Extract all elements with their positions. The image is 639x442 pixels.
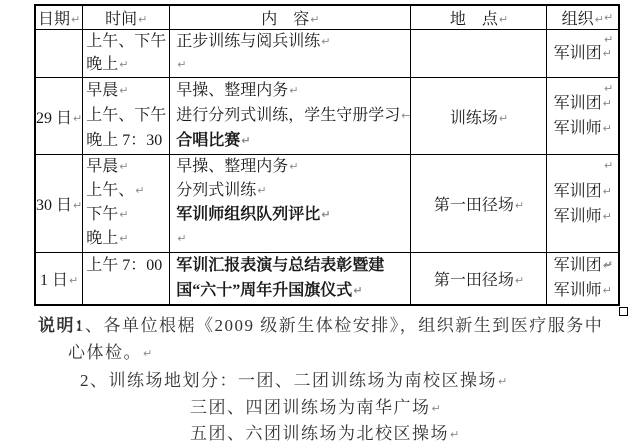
paragraph-mark-icon: ↵: [603, 97, 612, 110]
header-time: 时间↵: [83, 5, 170, 30]
content-cell: 早操、整理内务↵ 进行分列式训练，学生守册学习← 合唱比赛↵: [170, 78, 411, 155]
time-text: 早晨: [86, 82, 118, 99]
paragraph-mark-icon: ↵: [603, 210, 612, 223]
paragraph-mark-icon: ↵: [143, 347, 154, 360]
note-text: 心体检。: [68, 343, 142, 362]
date-cell: 1 日↵: [35, 253, 83, 305]
note-text: 五团、六团训练场为北校区操场: [190, 424, 449, 442]
org-text: 军训师: [554, 208, 602, 225]
time-cell: 早晨↵ 上午、↵ 下午↵ 晚上↵: [83, 155, 170, 253]
time-text: 晚上: [86, 230, 118, 247]
paragraph-mark-icon: ↵: [138, 13, 147, 26]
paragraph-mark-icon: ↵: [119, 160, 128, 173]
paragraph-mark-icon: ↵: [177, 58, 186, 71]
header-date-label: 日期: [38, 11, 70, 28]
paragraph-mark-icon: ↵: [515, 274, 524, 287]
paragraph-mark-icon: ↵: [135, 184, 144, 197]
table-row: 上午、下午 晚上↵ 正步训练与阅兵训练↵ ↵ 军训团↵: [35, 30, 619, 78]
paragraph-mark-icon: ↵: [177, 232, 186, 245]
paragraph-mark-icon: ↵: [310, 13, 319, 26]
note-text: 1、各单位根椐《2009 级新生体检安排》，组织新生到医疗服务中: [75, 316, 603, 335]
date-text: 30 日: [36, 197, 72, 214]
paragraph-mark-icon: ↵: [498, 375, 509, 388]
note-line: 三团、四团训练场为南华广场↵: [190, 398, 442, 418]
time-text: 上午 7：00: [86, 257, 162, 274]
org-text: 军训团: [554, 183, 602, 200]
row-end-mark-icon: ↵: [604, 159, 613, 172]
content-cell: 正步训练与阅兵训练↵ ↵: [170, 30, 411, 78]
paragraph-mark-icon: ↵: [353, 284, 362, 297]
row-end-mark-icon: ↵: [604, 82, 613, 95]
paragraph-mark-icon: ↵: [603, 185, 612, 198]
location-text: 训练场: [450, 110, 498, 127]
date-cell: [35, 30, 83, 78]
row-end-mark-icon: ↵: [604, 258, 613, 271]
table-resize-handle[interactable]: [619, 307, 628, 316]
note-text: 三团、四团训练场为南华广场: [190, 398, 431, 417]
paragraph-mark-icon: ↵: [432, 402, 443, 415]
date-cell: 30 日↵: [35, 155, 83, 253]
org-text: 军训师: [554, 282, 602, 299]
content-text: 进行分列式训练，学生守册学习: [176, 107, 400, 124]
org-text: 军训团: [554, 95, 602, 112]
paragraph-mark-icon: ↵: [450, 428, 461, 441]
content-text: 国“六十”周年升国旗仪式: [176, 282, 352, 299]
paragraph-mark-icon: ↵: [119, 58, 128, 71]
time-text: 晚上 7：30: [86, 132, 162, 149]
org-text: 军训团: [554, 257, 602, 274]
org-text: 军训团: [554, 45, 602, 62]
paragraph-mark-icon: ↵: [321, 208, 330, 221]
content-text: 合唱比赛: [176, 132, 240, 149]
time-text: 晚上: [86, 56, 118, 73]
paragraph-mark-icon: ↵: [603, 284, 612, 297]
paragraph-mark-icon: ↵: [119, 232, 128, 245]
note-line: 心体检。↵: [68, 343, 154, 363]
location-text: 第一田径场: [434, 197, 514, 214]
document-page: 日期↵ 时间↵ 内 容↵ 地 点↵ 组织↵ 上午、下午 晚上↵ 正步训练与阅兵训…: [0, 0, 639, 442]
paragraph-mark-icon: ↵: [603, 122, 612, 135]
date-text: 29 日: [36, 110, 72, 127]
paragraph-mark-icon: ↵: [119, 208, 128, 221]
table-row: 1 日↵ 上午 7：00 军训汇报表演与总结表彰暨建 国“六十”周年升国旗仪式↵…: [35, 253, 619, 305]
paragraph-mark-icon: ↵: [257, 184, 266, 197]
date-cell: 29 日↵: [35, 78, 83, 155]
content-text: 分列式训练: [176, 182, 256, 199]
paragraph-mark-icon: ↵: [603, 47, 612, 60]
paragraph-mark-icon: ↵: [73, 112, 82, 125]
time-cell: 上午、下午 晚上↵: [83, 30, 170, 78]
location-cell: [411, 30, 547, 78]
content-cell: 早操、整理内务↵ 分列式训练↵ 军训师组织队列评比↵ ↵: [170, 155, 411, 253]
training-schedule-table: 日期↵ 时间↵ 内 容↵ 地 点↵ 组织↵ 上午、下午 晚上↵ 正步训练与阅兵训…: [34, 4, 620, 306]
header-location: 地 点↵: [411, 5, 547, 30]
time-text: 下午: [86, 206, 118, 223]
row-end-mark-icon: ↵: [604, 11, 613, 24]
time-text: 上午、下午: [86, 33, 166, 50]
note-line: 2、训练场地划分：一团、二团训练场为南校区操场↵: [80, 371, 509, 391]
paragraph-mark-icon: ↵: [321, 35, 330, 48]
org-text: 军训师: [554, 120, 602, 137]
location-cell: 第一田径场↵: [411, 155, 547, 253]
paragraph-mark-icon: ↵: [595, 13, 604, 26]
time-text: 早晨: [86, 158, 118, 175]
location-text: 第一田径场: [434, 272, 514, 289]
paragraph-mark-icon: ↵: [289, 160, 298, 173]
paragraph-mark-icon: ↵: [515, 199, 524, 212]
paragraph-mark-icon: ↵: [241, 134, 250, 147]
header-content: 内 容↵: [170, 5, 411, 30]
content-text: 早操、整理内务: [176, 82, 288, 99]
content-text: 早操、整理内务: [176, 158, 288, 175]
content-text: 正步训练与阅兵训练: [176, 33, 320, 50]
paragraph-mark-icon: ↵: [499, 13, 508, 26]
header-location-label: 地 点: [450, 11, 498, 28]
header-time-label: 时间: [105, 11, 137, 28]
time-text: 上午、: [86, 182, 134, 199]
paragraph-mark-icon: ↵: [71, 13, 80, 26]
paragraph-mark-icon: ↵: [69, 274, 78, 287]
note-line: 1、各单位根椐《2009 级新生体检安排》，组织新生到医疗服务中: [75, 316, 603, 335]
paragraph-mark-icon: ↵: [289, 84, 298, 97]
paragraph-mark-icon: ↵: [499, 112, 508, 125]
content-text: 军训师组织队列评比: [176, 206, 320, 223]
time-cell: 早晨↵ 上午、下午 晚上 7：30: [83, 78, 170, 155]
table-row: 29 日↵ 早晨↵ 上午、下午 晚上 7：30 早操、整理内务↵ 进行分列式训练…: [35, 78, 619, 155]
table-row: 30 日↵ 早晨↵ 上午、↵ 下午↵ 晚上↵ 早操、整理内务↵ 分列式训练↵ 军…: [35, 155, 619, 253]
header-row: 日期↵ 时间↵ 内 容↵ 地 点↵ 组织↵: [35, 5, 619, 30]
location-cell: 训练场↵: [411, 78, 547, 155]
note-line: 五团、六团训练场为北校区操场↵: [190, 424, 461, 442]
paragraph-mark-icon: ↵: [119, 84, 128, 97]
header-content-label: 内 容: [261, 11, 309, 28]
time-text: 上午、下午: [86, 107, 166, 124]
paragraph-mark-icon: ↵: [73, 199, 82, 212]
content-cell: 军训汇报表演与总结表彰暨建 国“六十”周年升国旗仪式↵: [170, 253, 411, 305]
date-text: 1 日: [40, 272, 68, 289]
header-date: 日期↵: [35, 5, 83, 30]
line-wrap-mark-icon: ←: [401, 109, 410, 122]
note-text: 2、训练场地划分：一团、二团训练场为南校区操场: [80, 371, 497, 390]
row-end-mark-icon: ↵: [604, 33, 613, 46]
location-cell: 第一田径场↵: [411, 253, 547, 305]
content-text: 军训汇报表演与总结表彰暨建: [176, 257, 384, 274]
header-org-label: 组织: [562, 11, 594, 28]
time-cell: 上午 7：00: [83, 253, 170, 305]
